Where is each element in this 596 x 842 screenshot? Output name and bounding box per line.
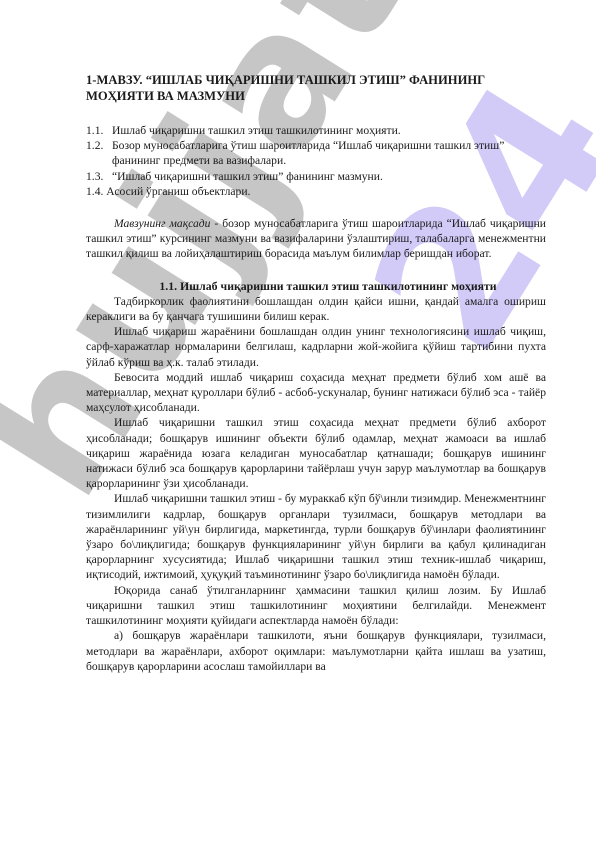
topic-goal-label: Мавзунинг мақсади [114,217,210,230]
table-of-contents: 1.1. Ишлаб чиқаришни ташкил этиш ташкило… [86,123,546,199]
body-paragraph: Бевосита моддий ишлаб чиқариш соҳасида м… [86,370,546,416]
toc-item: 1.4. Асосий ўрганиш объектлари. [86,184,546,199]
body-paragraph: Ишлаб чиқаришни ташкил этиш - бу муракка… [86,491,546,582]
document-content: 1-МАВЗУ. “ИШЛАБ ЧИҚАРИШНИ ТАШКИЛ ЭТИШ” Ф… [86,72,546,674]
body-paragraph: Тадбиркорлик фаолиятини бошлашдан олдин … [86,294,546,324]
body-paragraph: Ишлаб чиқариш жараёнини бошлашдан олдин … [86,324,546,370]
body-paragraph: а) бошқарув жараёнлари ташкилоти, яъни б… [86,628,546,674]
toc-item-text: Ишлаб чиқаришни ташкил этиш ташкилотинин… [112,124,401,137]
toc-item: 1.3. “Ишлаб чиқаришни ташкил этиш” фанин… [86,169,546,184]
body-paragraph: Юқорида санаб ўтилганларнинг ҳаммасини т… [86,583,546,629]
toc-item-text: 1.4. Асосий ўрганиш объектлари. [86,185,250,198]
toc-item-text: Бозор муносабатларига ўтиш шароитларида … [112,139,504,167]
toc-item: 1.1. Ишлаб чиқаришни ташкил этиш ташкило… [86,123,546,138]
toc-item-number: 1.3. [86,169,103,184]
body-paragraph: Ишлаб чиқаришни ташкил этиш соҳасида меҳ… [86,415,546,491]
page-title: 1-МАВЗУ. “ИШЛАБ ЧИҚАРИШНИ ТАШКИЛ ЭТИШ” Ф… [86,72,546,104]
toc-item: 1.2. Бозор муносабатларига ўтиш шароитла… [86,138,546,168]
toc-item-text: “Ишлаб чиқаришни ташкил этиш” фанининг м… [112,170,383,183]
toc-item-number: 1.1. [86,123,103,138]
toc-item-number: 1.2. [86,138,103,153]
section-heading: 1.1. Ишлаб чиқаришни ташкил этиш ташкило… [86,279,546,294]
topic-goal-paragraph: Мавзунинг мақсади - бозор муносабатлариг… [86,216,546,262]
document-page: hujjat 24 1-МАВЗУ. “ИШЛАБ ЧИҚАРИШНИ ТАШК… [0,0,596,842]
